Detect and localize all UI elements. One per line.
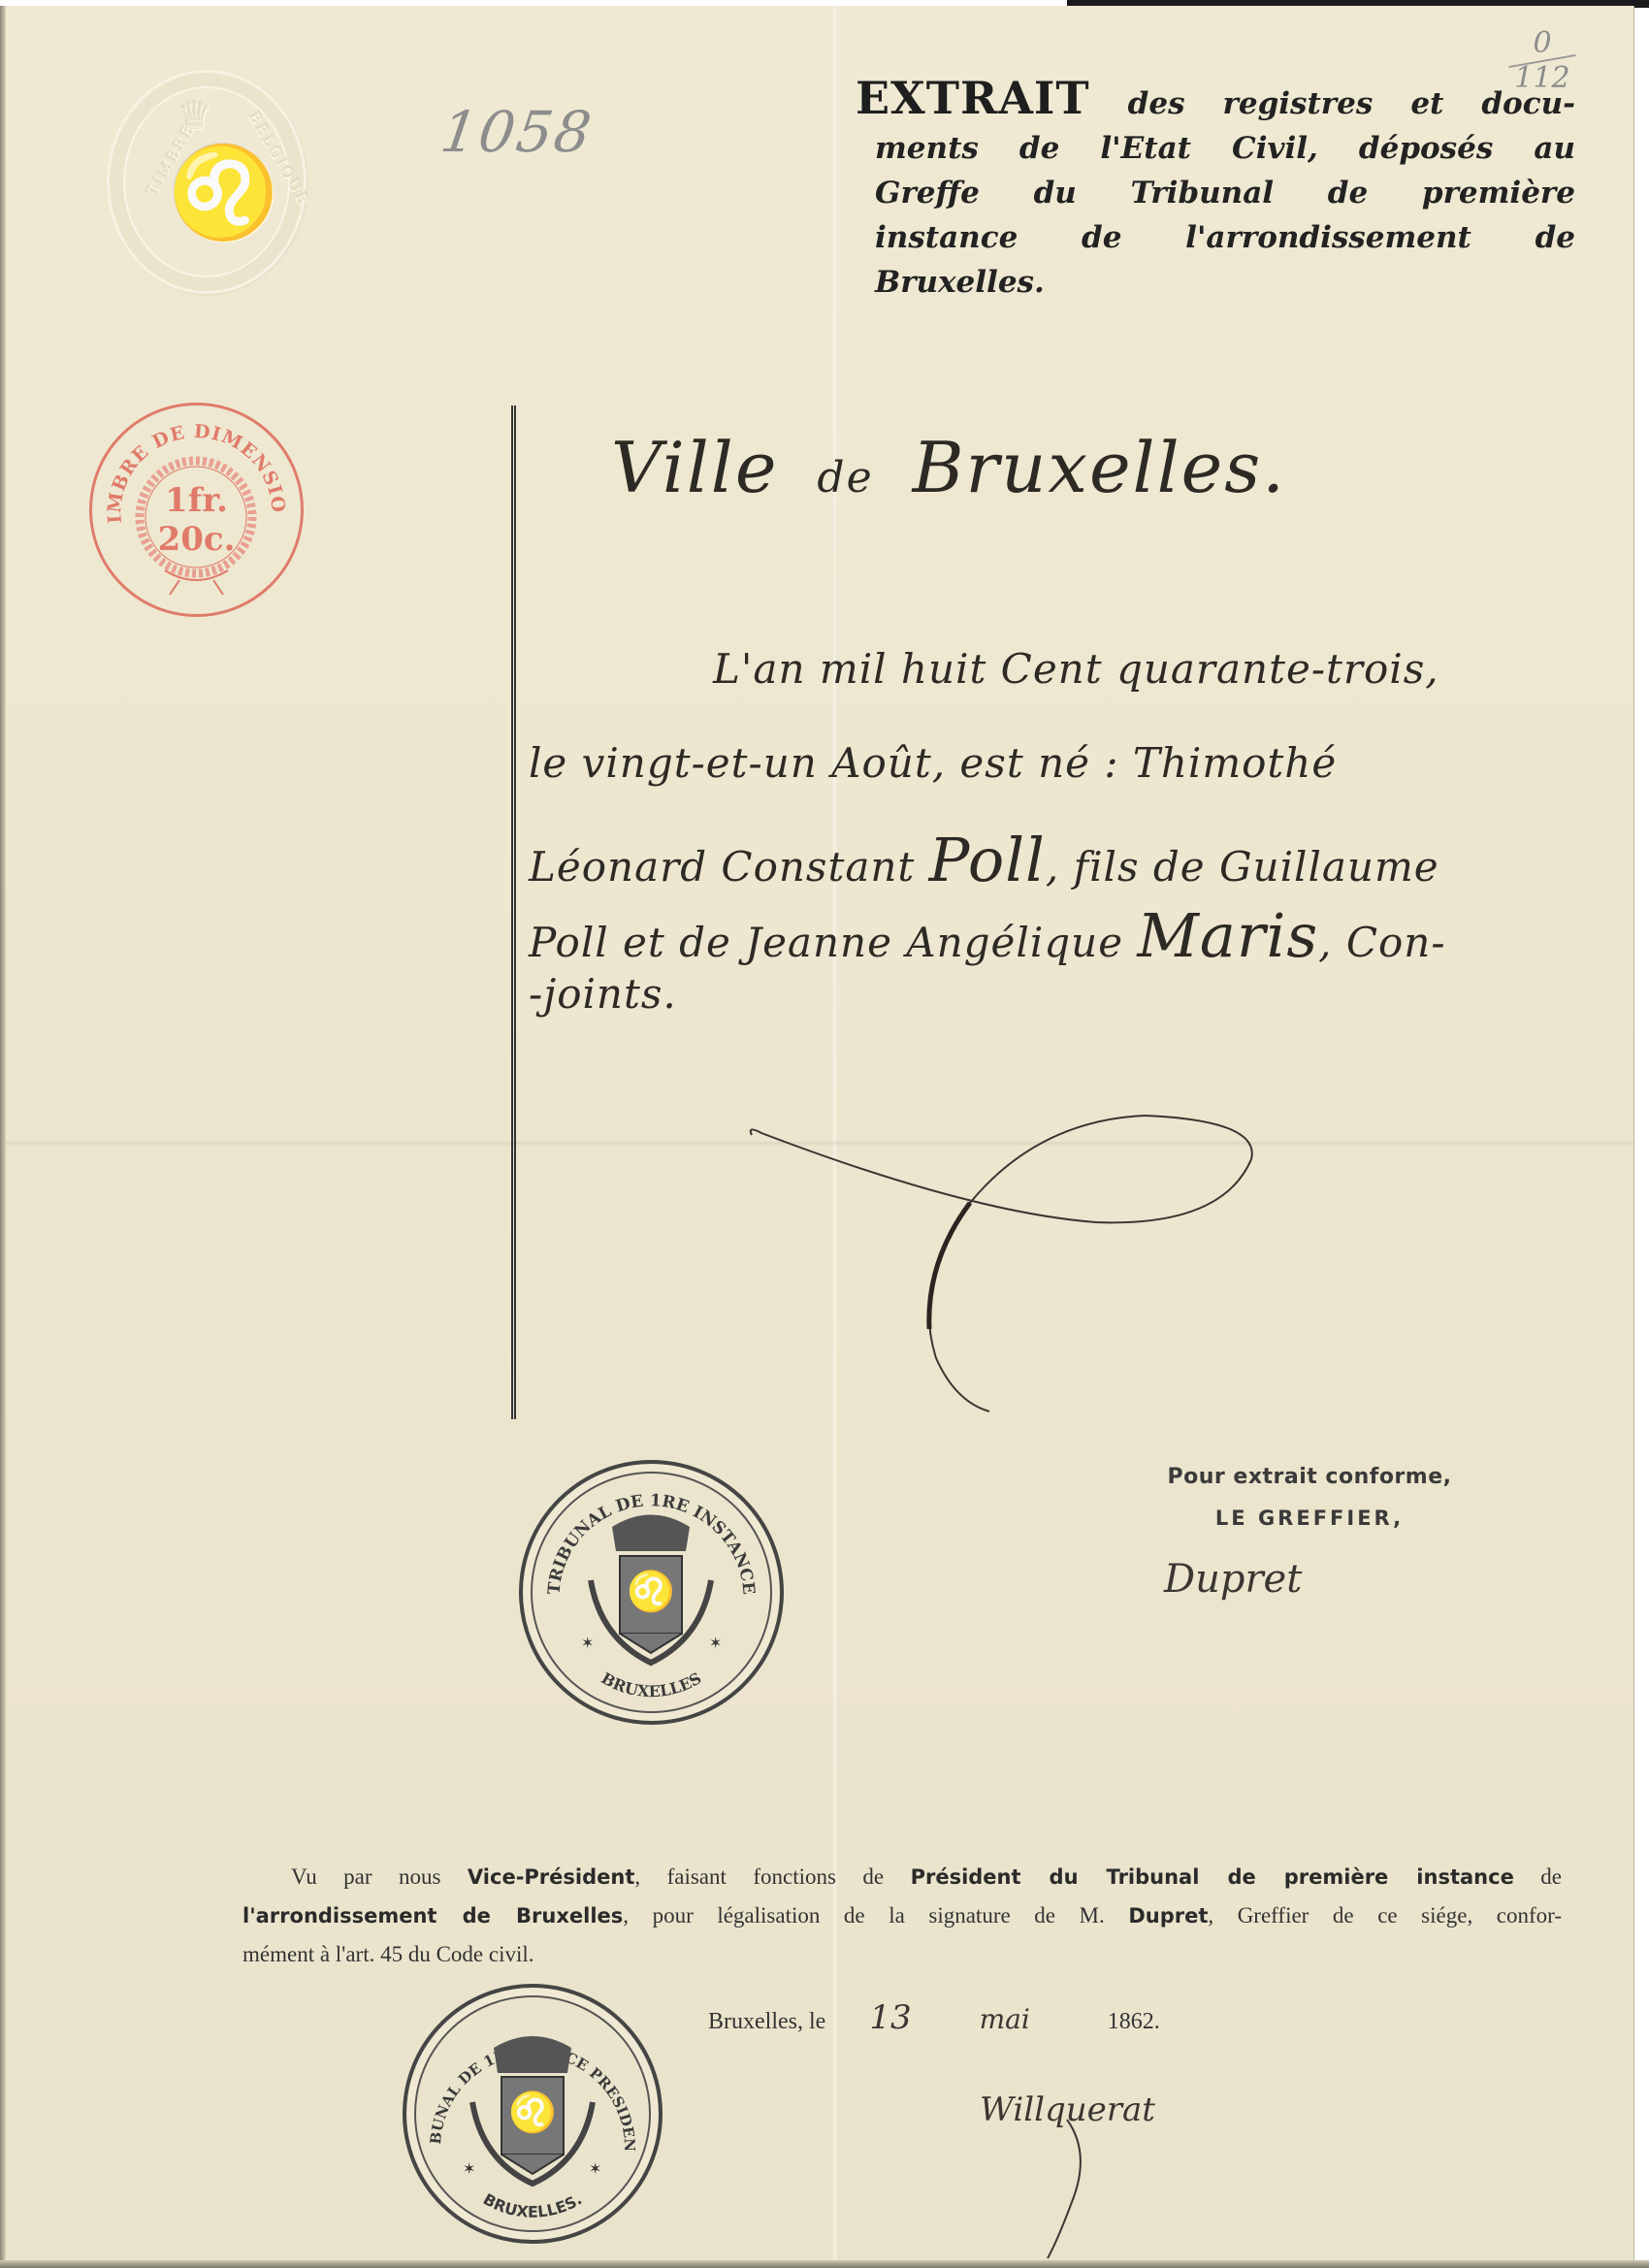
header-title: EXTRAIT — [856, 72, 1090, 124]
header-line-1: EXTRAIT des registres et docu- — [856, 76, 1575, 126]
signature-stroke-icon — [1028, 2115, 1106, 2260]
date-line: Bruxelles, le13mai1862. — [708, 1998, 1160, 2037]
svg-text:✶: ✶ — [581, 1634, 594, 1652]
date-day: 13 — [869, 1998, 911, 2037]
lion-icon: ♌ — [168, 141, 279, 245]
svg-text:♌: ♌ — [508, 2090, 557, 2135]
document-header: EXTRAIT des registres et docu- ments de … — [856, 76, 1575, 305]
legalisation-paragraph: Vu par nous Vice-Président, faisant fonc… — [242, 1858, 1562, 1974]
stamp-value-francs: 1fr. — [92, 481, 301, 520]
surname-maris: Maris — [1137, 900, 1318, 971]
handwritten-line-5: -joints. — [529, 970, 677, 1018]
header-line-4: instance de l'arrondissement de — [856, 215, 1575, 260]
coat-of-arms-icon: TRIBUNAL DE 1RE INSTCE PRESIDENCE BRUXEL… — [406, 1988, 659, 2240]
svg-text:✶: ✶ — [463, 2159, 475, 2178]
red-revenue-stamp: TIMBRE DE DIMENSION. 1fr. 20c. — [89, 403, 304, 617]
legal-line-1: Vu par nous Vice-Président, faisant fonc… — [242, 1858, 1562, 1896]
legal-line-3: mément à l'art. 45 du Code civil. — [242, 1935, 1562, 1974]
handwritten-line-4: Poll et de Jeanne Angélique Maris, Con- — [529, 900, 1446, 971]
date-prefix: Bruxelles, le — [708, 2009, 825, 2034]
tribunal-seal-upper: TRIBUNAL DE 1RE INSTANCE BRUXELLES ♌ ✶✶ — [519, 1460, 784, 1725]
embossed-tax-stamp: ♛ ♌ TIMBRE BELGIQUE — [107, 70, 307, 294]
legal-line-2: l'arrondissement de Bruxelles, pour léga… — [242, 1896, 1562, 1935]
stamp-value-centimes: 20c. — [92, 520, 301, 559]
ink-flourish-icon — [679, 1067, 1309, 1416]
certification-block: Pour extrait conforme, LE GREFFIER, — [1115, 1465, 1503, 1530]
coat-of-arms-icon: TRIBUNAL DE 1RE INSTANCE BRUXELLES ♌ ✶✶ — [523, 1464, 780, 1721]
fraction-numerator: 0 — [1533, 26, 1551, 60]
greffier-signature: Dupret — [1164, 1557, 1302, 1602]
pencil-reference-number: 1058 — [436, 99, 597, 165]
svg-text:✶: ✶ — [709, 1634, 722, 1652]
margin-double-rule — [511, 405, 516, 1419]
handwritten-line-3: Léonard Constant Poll, fils de Guillaume — [529, 825, 1439, 895]
surname-poll: Poll — [929, 825, 1046, 895]
date-year: 1862. — [1108, 2009, 1160, 2034]
svg-text:✶: ✶ — [589, 2159, 601, 2178]
tribunal-seal-lower: TRIBUNAL DE 1RE INSTCE PRESIDENCE BRUXEL… — [403, 1984, 663, 2244]
header-line-3: Greffe du Tribunal de première — [856, 171, 1575, 215]
svg-text:♌: ♌ — [627, 1569, 675, 1614]
header-line-2: ments de l'Etat Civil, déposés au — [856, 126, 1575, 171]
svg-text:BRUXELLES: BRUXELLES — [598, 1669, 705, 1701]
scan-bottom-edge — [0, 2260, 1649, 2268]
svg-text:BRUXELLES.: BRUXELLES. — [480, 2189, 585, 2220]
handwritten-line-2: le vingt-et-un Août, est né : Thimothé — [529, 739, 1337, 787]
handwritten-city-heading: VilledeBruxelles. — [611, 427, 1286, 508]
certification-line-1: Pour extrait conforme, — [1115, 1465, 1503, 1489]
scan-left-edge — [0, 6, 6, 2262]
header-line-5: Bruxelles. — [856, 260, 1575, 305]
certification-title: LE GREFFIER, — [1115, 1507, 1503, 1530]
date-month: mai — [980, 2003, 1030, 2035]
handwritten-line-1: L'an mil huit Cent quarante-trois, — [713, 645, 1439, 693]
